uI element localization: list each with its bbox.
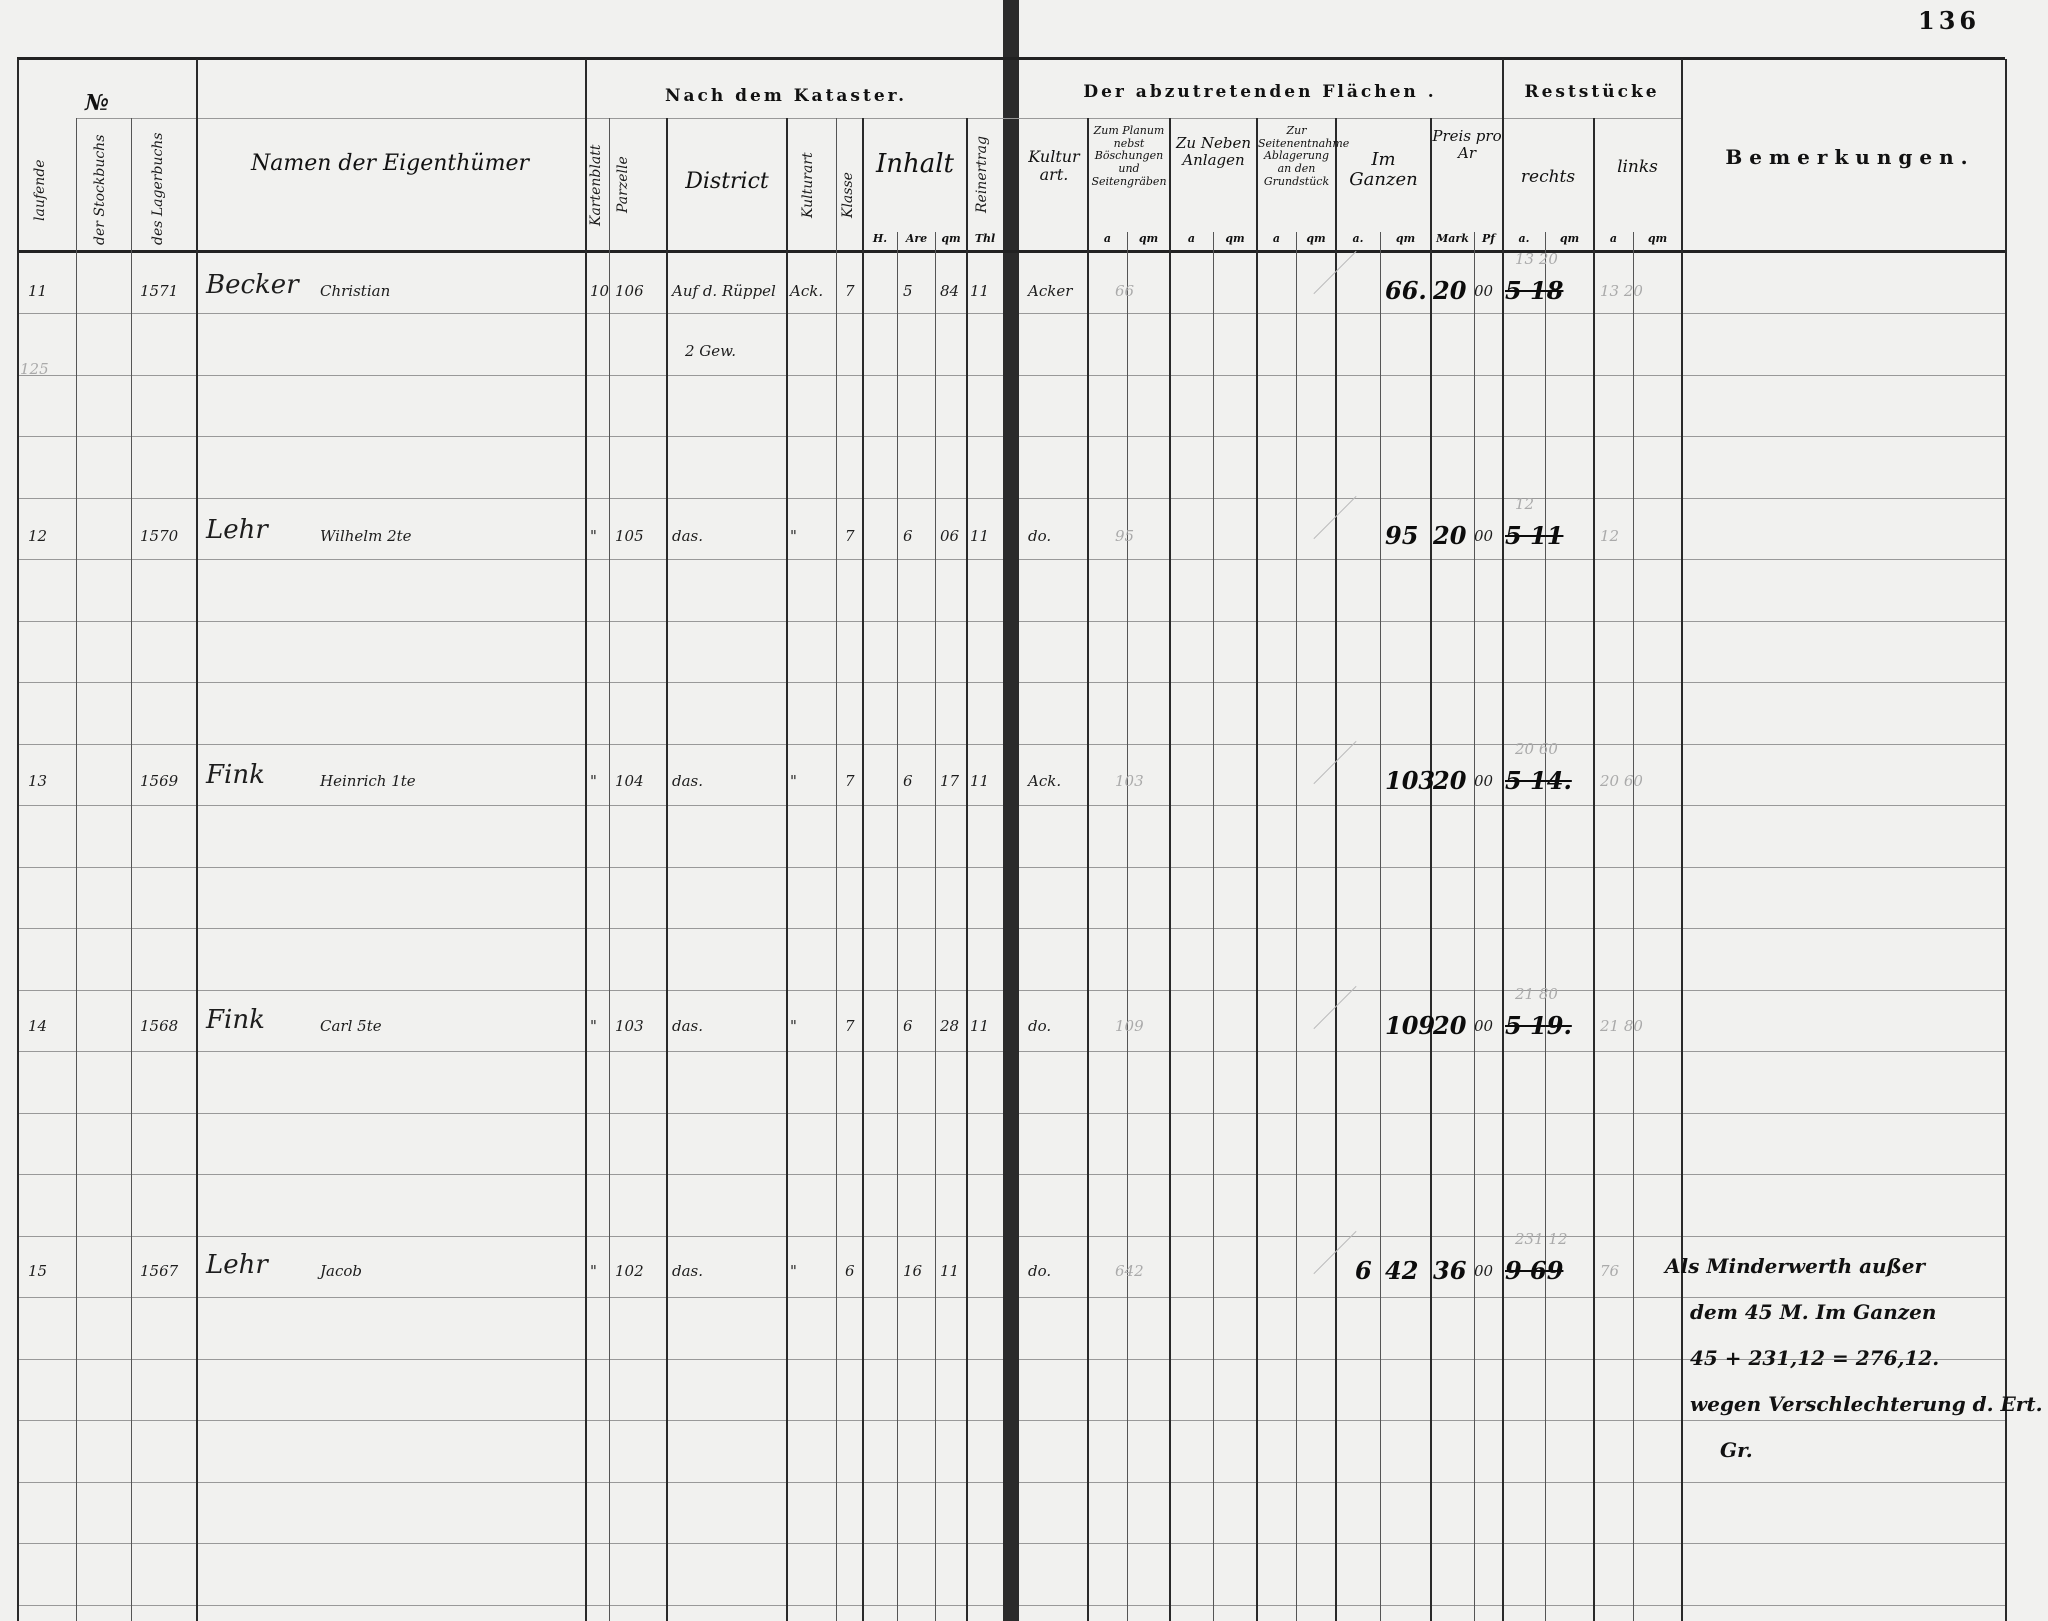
header-laufende: laufende <box>32 140 54 240</box>
cell-rest-links-faint: 12 <box>1600 527 1619 545</box>
cell-reinertrag: 11 <box>970 1017 989 1035</box>
cell-kulturart: " <box>790 1262 797 1280</box>
cell-rest-rechts-struck: 5 14. <box>1505 766 1572 795</box>
unit-neben-a: a <box>1170 232 1213 245</box>
cell-district: Auf d. Rüppel <box>672 282 776 300</box>
cell-preis-mark: 20 <box>1433 521 1466 550</box>
cell-district: das. <box>672 1017 703 1035</box>
row-rule <box>1019 313 2005 314</box>
header-stockbuch: der Stockbuchs <box>92 135 114 245</box>
row-rule <box>1019 682 2005 683</box>
row-rule <box>1019 1236 2005 1237</box>
col-line-links <box>1593 118 1595 1621</box>
col-line-im-ganzen-qm <box>1380 232 1381 1621</box>
header-lagerbuch: des Lagerbuchs <box>150 135 172 245</box>
row-rule <box>1019 1605 2005 1606</box>
header-klasse: Klasse <box>840 150 860 240</box>
cell-parzelle: 103 <box>615 1017 644 1035</box>
cell-kulturart: " <box>790 1017 797 1035</box>
row-rule <box>1019 744 2005 745</box>
header-inhalt-are: Are <box>898 232 935 245</box>
col-line-inhalt <box>862 118 864 1621</box>
col-line-kartenblatt <box>585 59 587 1621</box>
cell-qm: 84 <box>940 282 959 300</box>
cell-are: 6 <box>903 1017 913 1035</box>
cell-owner-given: Heinrich 1te <box>320 772 416 790</box>
cell-owner: Fink <box>206 760 265 790</box>
row-rule <box>1019 498 2005 499</box>
row-rule <box>17 682 1003 683</box>
cell-klasse: 7 <box>845 282 855 300</box>
cell-preis-pf: 00 <box>1474 1262 1493 1280</box>
cell-lagerbuch: 1570 <box>140 527 178 545</box>
cell-rest-rechts-struck: 5 19. <box>1505 1011 1572 1040</box>
cell-im-ganzen-qm: 42 <box>1385 1256 1418 1285</box>
row-rule <box>1019 1051 2005 1052</box>
col-line-graeben-qm <box>1127 232 1128 1621</box>
remark-line: wegen Verschlechterung d. Ert. <box>1690 1392 2043 1416</box>
row-rule <box>1019 436 2005 437</box>
cell-kartenblatt: " <box>590 772 597 790</box>
cell-are: 6 <box>903 527 913 545</box>
cell-laufende: 12 <box>28 527 47 545</box>
header-owner-name: Namen der Eigenthümer <box>210 152 570 176</box>
row-rule <box>1019 1482 2005 1483</box>
header-ablagerung: Zur Seitenentnahme Ablagerung an den Gru… <box>1258 125 1335 188</box>
row-rule <box>1019 805 2005 806</box>
cell-preis-mark: 20 <box>1433 1011 1466 1040</box>
cell-lagerbuch: 1568 <box>140 1017 178 1035</box>
cell-owner: Lehr <box>206 515 268 545</box>
cell-rest-links-faint: 20 60 <box>1600 772 1643 790</box>
cell-flaeche-kulturart: Ack. <box>1028 772 1061 790</box>
unit-graeben-qm: qm <box>1128 232 1169 245</box>
header-district: District <box>668 170 786 194</box>
cell-im-ganzen-qm: 95 <box>1385 521 1418 550</box>
row-rule <box>17 436 1003 437</box>
remark-line: dem 45 M. Im Ganzen <box>1690 1300 1936 1324</box>
header-preis: Preis pro Ar <box>1432 128 1502 161</box>
unit-ablagerung-a: a <box>1257 232 1296 245</box>
cell-rest-rechts-faint: 13 20 <box>1515 250 1558 268</box>
cell-owner-given: Jacob <box>320 1262 362 1280</box>
cell-lagerbuch: 1567 <box>140 1262 178 1280</box>
col-line-nebenanlagen <box>1169 118 1171 1621</box>
header-kataster: Nach dem Kataster. <box>586 86 986 106</box>
row-rule <box>17 990 1003 991</box>
header-inhalt-qm: qm <box>936 232 966 245</box>
row-rule <box>17 313 1003 314</box>
cell-district-line2: 2 Gew. <box>685 342 736 360</box>
row-rule <box>17 1543 1003 1544</box>
col-line-flaeche-kulturart <box>1087 118 1089 1621</box>
cell-qm: 17 <box>940 772 959 790</box>
row-rule <box>17 1297 1003 1298</box>
row-rule <box>17 1236 1003 1237</box>
cell-rest-rechts-faint: 12 <box>1515 495 1534 513</box>
header-rechts: rechts <box>1503 168 1593 187</box>
cell-district: das. <box>672 527 703 545</box>
cell-kulturart: " <box>790 772 797 790</box>
cell-kartenblatt: " <box>590 1017 597 1035</box>
cell-im-ganzen-qm: 103 <box>1385 766 1435 795</box>
col-line-preis-pf <box>1474 232 1475 1621</box>
col-line-reststuecke <box>1502 59 1504 1621</box>
cell-klasse: 7 <box>845 772 855 790</box>
col-line-bemerkungen <box>1681 59 1683 1621</box>
row-rule <box>1019 621 2005 622</box>
cell-flaeche-kulturart: Acker <box>1028 282 1072 300</box>
cell-owner: Lehr <box>206 1250 268 1280</box>
header-flaeche-kulturart: Kultur art. <box>1022 148 1086 183</box>
cell-klasse: 7 <box>845 527 855 545</box>
cell-rest-links-faint: 76 <box>1600 1262 1619 1280</box>
header-kartenblatt: Kartenblatt <box>588 125 608 245</box>
cell-rest-links-faint: 21 80 <box>1600 1017 1643 1035</box>
row-rule <box>17 1051 1003 1052</box>
header-graeben: Zum Planum nebst Böschungen und Seitengr… <box>1089 125 1169 188</box>
row-rule <box>17 621 1003 622</box>
header-inhalt: Inhalt <box>864 150 966 179</box>
cell-graeben-faint: 103 <box>1115 772 1144 790</box>
cell-qm: 28 <box>940 1017 959 1035</box>
row-rule <box>17 1174 1003 1175</box>
header-bottom-border <box>17 250 2005 253</box>
cell-kartenblatt: 10 <box>590 282 609 300</box>
col-line-left-border <box>17 59 19 1621</box>
book-spine <box>1003 0 1019 1621</box>
cell-reinertrag: 11 <box>970 772 989 790</box>
cell-graeben-faint: 66 <box>1115 282 1134 300</box>
row-rule <box>1019 1174 2005 1175</box>
cell-owner-given: Christian <box>320 282 390 300</box>
cell-qm: 06 <box>940 527 959 545</box>
row-rule <box>1019 990 2005 991</box>
remark-line: Gr. <box>1720 1438 1753 1462</box>
header-reinertrag: Reinertrag <box>974 125 994 225</box>
unit-links-qm: qm <box>1634 232 1681 245</box>
col-line-neben-qm <box>1213 232 1214 1621</box>
cell-rest-rechts-struck: 5 11 <box>1505 521 1563 550</box>
col-line-inhalt-qm <box>935 232 936 1621</box>
cell-laufende: 11 <box>28 282 47 300</box>
cell-graeben-faint: 109 <box>1115 1017 1144 1035</box>
header-flaechen: Der abzutretenden Flächen . <box>1020 82 1500 102</box>
header-reinertrag-unit: Thl <box>967 232 1003 245</box>
cell-parzelle: 104 <box>615 772 644 790</box>
cell-are: 16 <box>903 1262 922 1280</box>
row-rule <box>17 1605 1003 1606</box>
header-reststuecke: Reststücke <box>1503 82 1681 102</box>
cell-rest-rechts-faint: 20 60 <box>1515 740 1558 758</box>
cell-lagerbuch: 1569 <box>140 772 178 790</box>
cell-graeben-faint: 95 <box>1115 527 1134 545</box>
remark-line: Als Minderwerth außer <box>1665 1254 1925 1278</box>
col-line-kulturart <box>786 118 788 1621</box>
cell-preis-mark: 36 <box>1433 1256 1466 1285</box>
cell-owner-given: Wilhelm 2te <box>320 527 412 545</box>
col-line-inhalt-are <box>897 232 898 1621</box>
col-line-stockbuch <box>131 118 132 1621</box>
row-rule <box>17 805 1003 806</box>
cell-rest-rechts-struck: 5 18 <box>1505 276 1563 305</box>
row-rule <box>17 928 1003 929</box>
header-inhalt-h: H. <box>864 232 896 245</box>
unit-rechts-a: a. <box>1503 232 1545 245</box>
cell-laufende: 13 <box>28 772 47 790</box>
col-line-district <box>666 118 668 1621</box>
cell-preis-pf: 00 <box>1474 772 1493 790</box>
col-line-klasse <box>836 118 837 1621</box>
remark-line: 45 + 231,12 = 276,12. <box>1690 1346 1939 1370</box>
col-line-parzelle <box>609 118 610 1621</box>
row-rule <box>17 744 1003 745</box>
ledger-page: 136 № laufende der Stockbuchs des Lagerb… <box>0 0 2048 1621</box>
cell-parzelle: 106 <box>615 282 644 300</box>
cell-lagerbuch: 1571 <box>140 282 178 300</box>
col-line-rechts-qm <box>1545 232 1546 1621</box>
cell-laufende: 14 <box>28 1017 47 1035</box>
cell-parzelle: 105 <box>615 527 644 545</box>
col-line-im-ganzen <box>1335 118 1337 1621</box>
header-parzelle: Parzelle <box>615 125 635 245</box>
cell-flaeche-kulturart: do. <box>1028 1262 1051 1280</box>
row-rule <box>1019 1113 2005 1114</box>
cell-laufende: 15 <box>28 1262 47 1280</box>
cell-preis-pf: 00 <box>1474 1017 1493 1035</box>
cell-preis-pf: 00 <box>1474 527 1493 545</box>
no-subheader-rule <box>76 118 586 119</box>
cell-owner-given: Carl 5te <box>320 1017 382 1035</box>
col-line-ablagerung-qm <box>1296 232 1297 1621</box>
cell-im-ganzen-qm: 109 <box>1385 1011 1435 1040</box>
cell-are: 5 <box>903 282 913 300</box>
cell-flaeche-kulturart: do. <box>1028 1017 1051 1035</box>
cell-kulturart: " <box>790 527 797 545</box>
table-top-border <box>17 57 2005 60</box>
cell-district: das. <box>672 772 703 790</box>
row-rule <box>17 1359 1003 1360</box>
cell-district: das. <box>672 1262 703 1280</box>
cell-klasse: 6 <box>845 1262 855 1280</box>
header-nebenanlagen: Zu Neben Anlagen <box>1171 135 1256 168</box>
cell-margin-note: 125 <box>20 360 49 378</box>
row-rule <box>1019 1297 2005 1298</box>
cell-flaeche-kulturart: do. <box>1028 527 1051 545</box>
cell-parzelle: 102 <box>615 1262 644 1280</box>
row-rule <box>1019 559 2005 560</box>
unit-ganzen-a: a. <box>1336 232 1380 245</box>
unit-preis-mark: Mark <box>1431 232 1474 245</box>
cell-graeben-faint: 642 <box>1115 1262 1144 1280</box>
unit-ganzen-qm: qm <box>1381 232 1430 245</box>
cell-kartenblatt: " <box>590 527 597 545</box>
row-rule <box>17 1482 1003 1483</box>
row-rule <box>1019 1543 2005 1544</box>
cell-reinertrag: 11 <box>970 282 989 300</box>
no-header: № <box>85 90 109 116</box>
cell-preis-mark: 20 <box>1433 276 1466 305</box>
row-rule <box>1019 928 2005 929</box>
unit-preis-pf: Pf <box>1475 232 1502 245</box>
header-im-ganzen: Im Ganzen <box>1337 150 1430 190</box>
col-line-right-border <box>2005 59 2007 1621</box>
row-rule <box>1019 375 2005 376</box>
cell-owner: Fink <box>206 1005 265 1035</box>
group-subheader-rule <box>586 118 1681 119</box>
unit-neben-qm: qm <box>1214 232 1256 245</box>
row-rule <box>17 375 1003 376</box>
cell-preis-mark: 20 <box>1433 766 1466 795</box>
page-number: 136 <box>1918 6 1980 35</box>
cell-qm: 11 <box>940 1262 959 1280</box>
cell-kartenblatt: " <box>590 1262 597 1280</box>
cell-reinertrag: 11 <box>970 527 989 545</box>
unit-ablagerung-qm: qm <box>1297 232 1335 245</box>
col-line-links-qm <box>1633 232 1634 1621</box>
row-rule <box>17 1420 1003 1421</box>
cell-kulturart: Ack. <box>790 282 823 300</box>
cell-im-ganzen-a: 6 <box>1355 1256 1372 1285</box>
header-kulturart: Kulturart <box>800 125 820 245</box>
header-links: links <box>1594 158 1681 177</box>
cell-rest-rechts-faint: 231 12 <box>1515 1230 1568 1248</box>
cell-klasse: 7 <box>845 1017 855 1035</box>
row-rule <box>1019 1420 2005 1421</box>
row-rule <box>17 867 1003 868</box>
row-rule <box>17 559 1003 560</box>
col-line-name <box>196 59 198 1621</box>
cell-rest-links-faint: 13 20 <box>1600 282 1643 300</box>
cell-preis-pf: 00 <box>1474 282 1493 300</box>
row-rule <box>1019 867 2005 868</box>
cell-are: 6 <box>903 772 913 790</box>
header-bemerkungen: Bemerkungen. <box>1700 145 2000 169</box>
col-line-preis <box>1430 118 1432 1621</box>
cell-im-ganzen-qm: 66. <box>1385 276 1427 305</box>
cell-rest-rechts-struck: 9 69 <box>1505 1256 1563 1285</box>
row-rule <box>17 1113 1003 1114</box>
col-line-reinertrag <box>966 118 968 1621</box>
cell-rest-rechts-faint: 21 80 <box>1515 985 1558 1003</box>
row-rule <box>17 498 1003 499</box>
unit-graeben-a: a <box>1088 232 1127 245</box>
unit-rechts-qm: qm <box>1546 232 1593 245</box>
cell-owner: Becker <box>206 270 299 300</box>
unit-links-a: a <box>1594 232 1633 245</box>
col-line-laufende <box>76 118 77 1621</box>
col-line-ablagerung <box>1256 118 1258 1621</box>
